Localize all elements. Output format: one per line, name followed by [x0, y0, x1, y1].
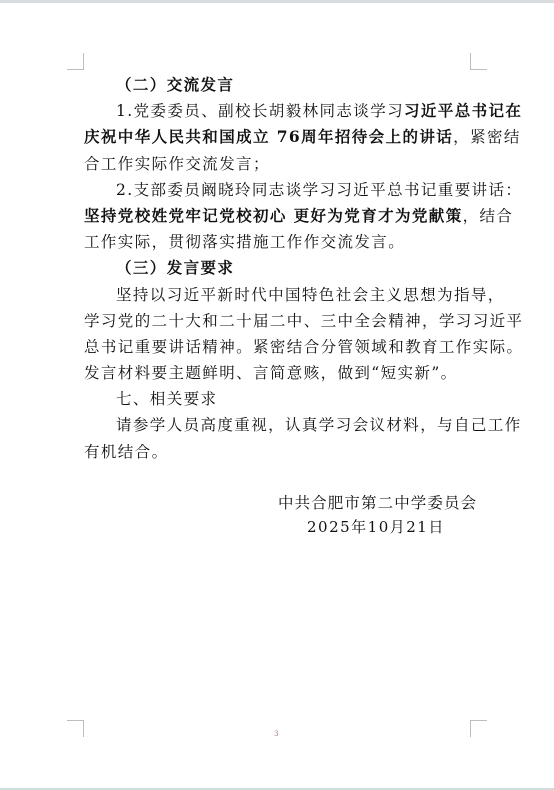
- paragraph-line: 工作实际，贯彻落实措施工作作交流发言。: [84, 229, 474, 255]
- text-run: 合工作实际作交流发言；: [84, 155, 270, 173]
- paragraph-line: 请参学人员高度重视，认真学习会议材料，与自己工作: [84, 412, 474, 438]
- section-heading-requirements: （三）发言要求: [84, 255, 474, 281]
- text-run: ，结合: [463, 207, 514, 225]
- paragraph-line: 1.党委委员、副校长胡毅林同志谈学习习近平总书记在: [84, 98, 474, 124]
- window-top-edge: [0, 0, 554, 3]
- text-run: ，紧密结: [453, 128, 521, 146]
- paragraph-line: 发言材料要主题鲜明、言简意赅，做到“短实新”。: [84, 360, 474, 386]
- paragraph-line: 合工作实际作交流发言；: [84, 151, 474, 177]
- paragraph-line: 有机结合。: [84, 439, 474, 465]
- bold-text-run: 庆祝中华人民共和国成立 76周年招待会上的讲话: [84, 127, 453, 146]
- corner-mark-top-right: [470, 53, 487, 70]
- signature-organization: 中共合肥市第二中学委员会: [278, 491, 477, 513]
- bold-text-run: 习近平总书记在: [404, 101, 522, 120]
- corner-mark-bottom-right: [470, 720, 487, 737]
- paragraph-line: 庆祝中华人民共和国成立 76周年招待会上的讲话，紧密结: [84, 124, 474, 150]
- corner-mark-top-left: [67, 53, 84, 70]
- text-run: 学习党的二十大和二十届二中、三中全会精神，学习习近平: [84, 312, 523, 330]
- text-run: 总书记重要讲话精神。紧密结合分管领域和教育工作实际。: [84, 338, 523, 356]
- paragraph-line: 坚持党校姓党牢记党校初心 更好为党育才为党献策，结合: [84, 203, 474, 229]
- text-run: 2.支部委员阚晓玲同志谈学习习近平总书记重要讲话：: [116, 181, 522, 199]
- paragraph-line: 坚持以习近平新时代中国特色社会主义思想为指导，: [84, 282, 474, 308]
- text-run: 1.党委委员、副校长胡毅林同志谈学习: [116, 102, 404, 120]
- text-run: 有机结合。: [84, 443, 169, 461]
- section-heading-exchange: （二）交流发言: [84, 72, 474, 98]
- text-run: 发言材料要主题鲜明、言简意赅，做到“短实新”。: [84, 364, 458, 382]
- section-heading-related-requirements: 七、相关要求: [84, 386, 474, 412]
- paragraph-line: 2.支部委员阚晓玲同志谈学习习近平总书记重要讲话：: [84, 177, 474, 203]
- paragraph-line: 学习党的二十大和二十届二中、三中全会精神，学习习近平: [84, 308, 474, 334]
- bold-text-run: 坚持党校姓党牢记党校初心 更好为党育才为党献策: [84, 206, 463, 225]
- document-body[interactable]: （二）交流发言 1.党委委员、副校长胡毅林同志谈学习习近平总书记在 庆祝中华人民…: [84, 72, 474, 465]
- corner-mark-bottom-left: [67, 720, 84, 737]
- signature-date: 2025年10月21日: [307, 516, 445, 537]
- text-run: 请参学人员高度重视，认真学习会议材料，与自己工作: [116, 416, 522, 434]
- text-run: 工作实际，贯彻落实措施工作作交流发言。: [84, 233, 405, 251]
- text-run: 坚持以习近平新时代中国特色社会主义思想为指导，: [116, 286, 505, 304]
- page-number: 3: [274, 730, 278, 738]
- paragraph-line: 总书记重要讲话精神。紧密结合分管领域和教育工作实际。: [84, 334, 474, 360]
